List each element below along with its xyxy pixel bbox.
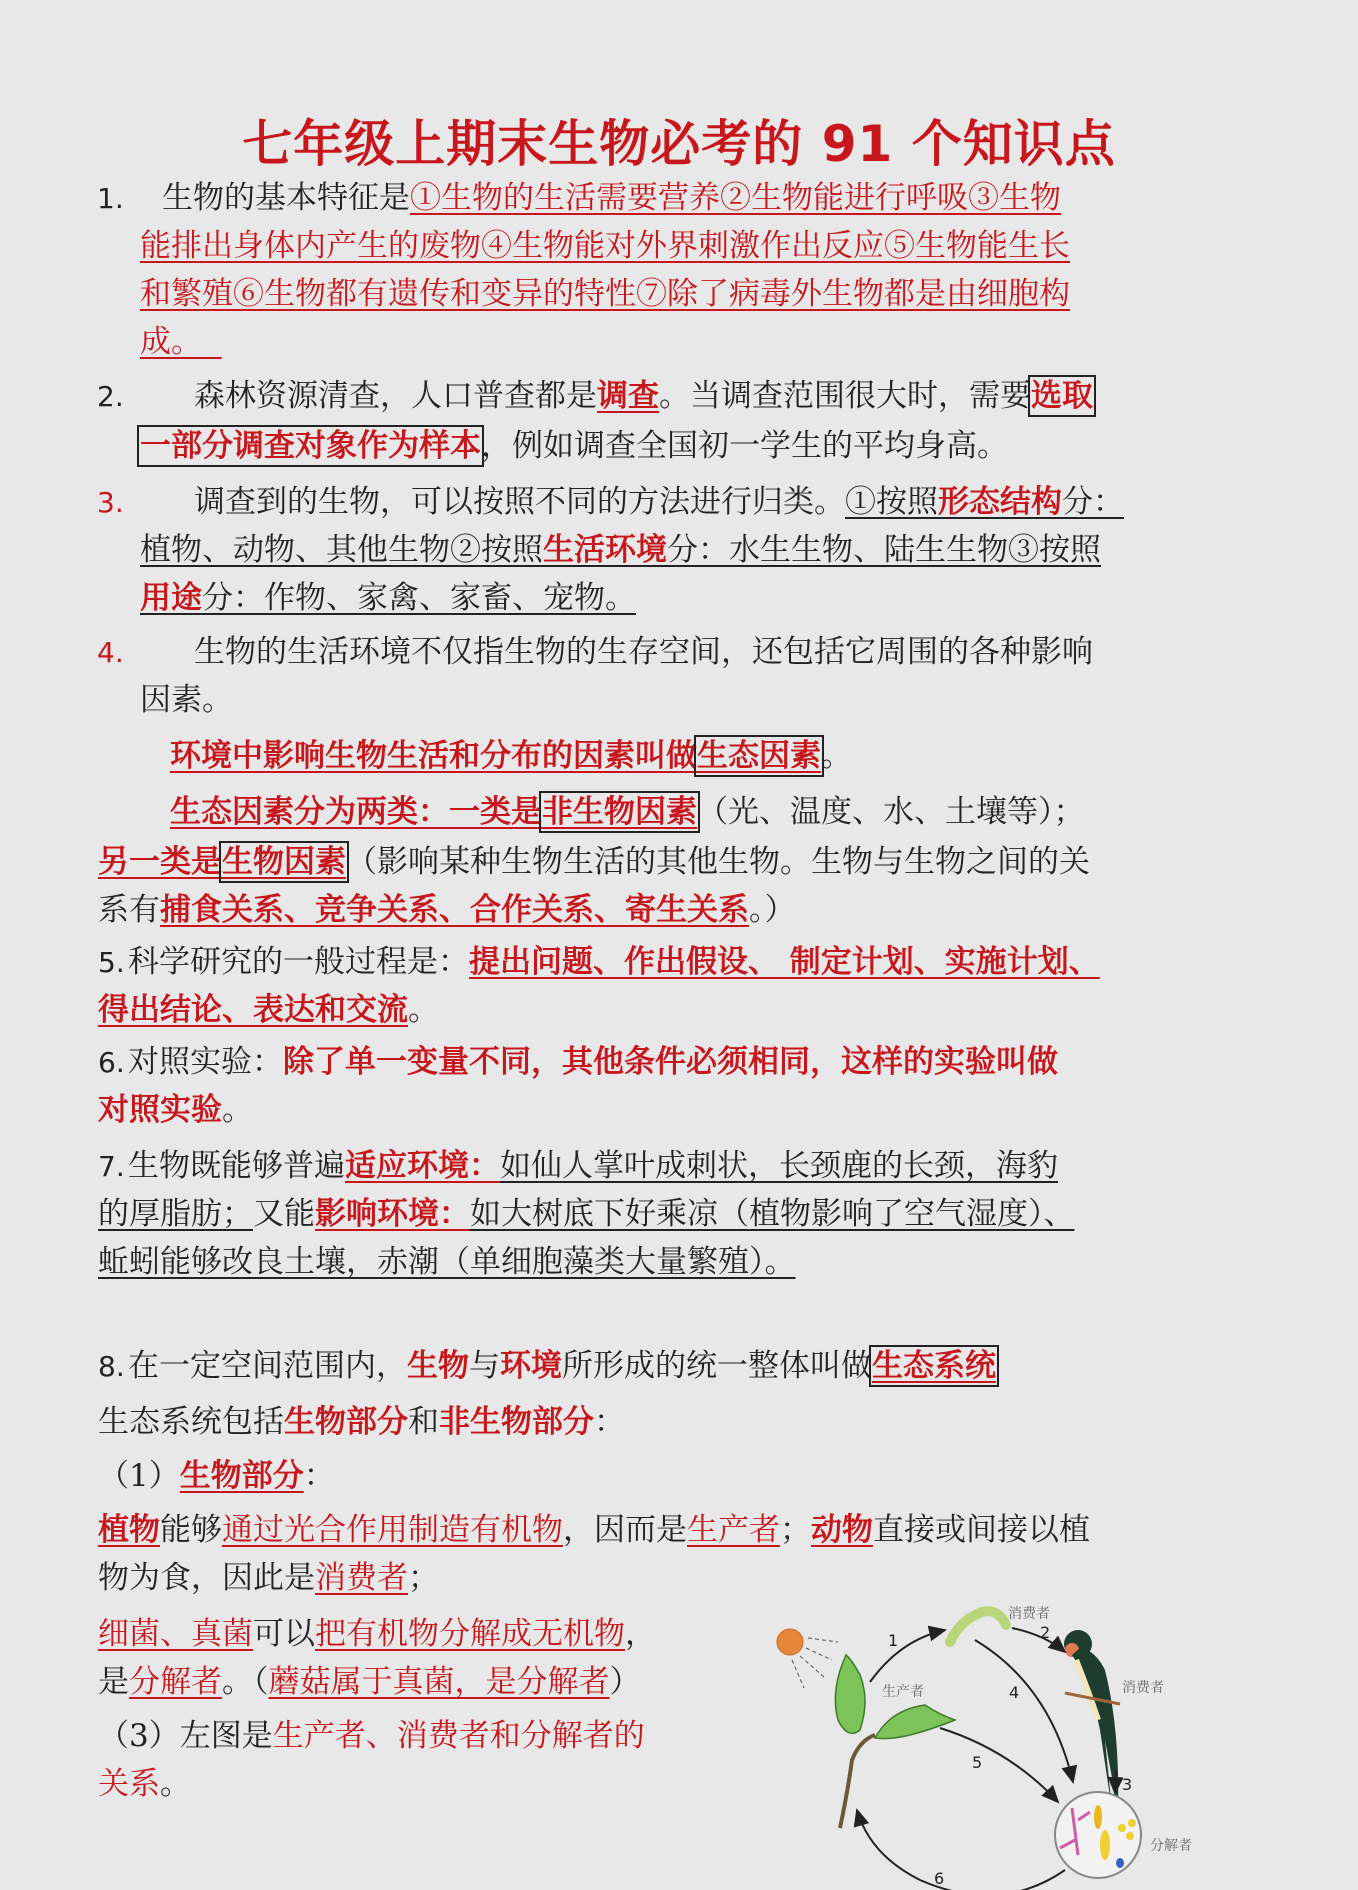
item-number: 4. xyxy=(97,633,194,673)
key-term: 调查 xyxy=(597,378,659,414)
key-term: 形态结构 xyxy=(938,484,1062,520)
text: 物为食，因此是 xyxy=(98,1560,315,1596)
boxed-term: 生态因素 xyxy=(697,738,821,774)
bird-icon xyxy=(1064,1630,1120,1810)
text: 在一定空间范围内， xyxy=(128,1348,407,1384)
item-6-line-2: 对照实验。 xyxy=(98,1090,253,1130)
arrow-label-3: 3 xyxy=(1122,1775,1132,1794)
text: 。 xyxy=(222,1092,253,1128)
text: ； xyxy=(780,1512,811,1548)
key-point: 和繁殖⑥生物都有遗传和变异的特性⑦除了病毒外生物都是由细胞构 xyxy=(140,276,1070,312)
text: 生物的基本特征是 xyxy=(162,180,410,216)
key-point: 能排出身体内产生的废物④生物能对外界刺激作出反应⑤生物能生长 xyxy=(140,228,1070,264)
text: 所形成的统一整体叫做 xyxy=(562,1348,872,1384)
boxed-term: 生态系统 xyxy=(872,1348,996,1384)
text: 生物既能够普遍 xyxy=(128,1148,345,1184)
text: 是 xyxy=(98,1664,129,1700)
key-term: 分解者 xyxy=(129,1664,222,1700)
ecosystem-relationship-diagram: 1 2 3 4 5 6 生产者 消费者 消费者 分解者 xyxy=(760,1580,1220,1890)
text: 因素。 xyxy=(140,682,233,718)
text: 分：水生生物、陆生生物③按照 xyxy=(667,532,1101,568)
text: 的厚脂肪； xyxy=(98,1196,253,1232)
caterpillar-icon xyxy=(950,1611,1006,1642)
key-term: 生活环境 xyxy=(543,532,667,568)
text: 。 xyxy=(821,738,852,774)
item-4-line-6: 系有捕食关系、竞争关系、合作关系、寄生关系。） xyxy=(98,890,796,930)
text: 如仙人掌叶成刺状，长颈鹿的长颈，海豹 xyxy=(500,1148,1058,1184)
boxed-term: 生物因素 xyxy=(222,844,346,880)
key-point: 关系 xyxy=(98,1766,160,1802)
text: 森林资源清查，人口普查都是 xyxy=(194,378,597,414)
item-number: 5. xyxy=(98,943,128,983)
text: ： xyxy=(304,1458,335,1494)
text: ： xyxy=(594,1404,625,1440)
label-consumer-1: 消费者 xyxy=(1008,1605,1050,1622)
key-term: 细菌、真菌 xyxy=(98,1616,253,1652)
item-3-line-3: 用途分：作物、家禽、家畜、宠物。 xyxy=(140,578,636,618)
item-8-line-6: 细菌、真菌可以把有机物分解成无机物， xyxy=(98,1614,656,1654)
key-point: 生态因素分为两类：一类是 xyxy=(170,794,542,830)
item-5-line-2: 得出结论、表达和交流。 xyxy=(98,990,439,1030)
sun-icon xyxy=(777,1629,838,1688)
text: 可以 xyxy=(253,1616,315,1652)
key-point: 通过光合作用制造有机物 xyxy=(222,1512,563,1548)
item-1-line-4: 成。 xyxy=(140,322,222,362)
item-4-line-5: 另一类是生物因素（影响某种生物生活的其他生物。生物与生物之间的关 xyxy=(98,842,1090,882)
key-point: 提出问题、作出假设、 制定计划、实施计划、 xyxy=(469,944,1100,980)
arrow-label-6: 6 xyxy=(934,1869,944,1888)
text: 科学研究的一般过程是： xyxy=(128,944,469,980)
item-1-line-2: 能排出身体内产生的废物④生物能对外界刺激作出反应⑤生物能生长 xyxy=(140,226,1070,266)
key-term: 非生物部分 xyxy=(439,1404,594,1440)
key-term: 生物 xyxy=(407,1348,469,1384)
item-1-line-1: 1.生物的基本特征是①生物的生活需要营养②生物能进行呼吸③生物 xyxy=(97,178,1061,218)
key-point: 捕食关系、竞争关系、合作关系、寄生关系 xyxy=(160,892,749,928)
text: 系有 xyxy=(98,892,160,928)
key-point: 把有机物分解成无机物 xyxy=(315,1616,625,1652)
text: 。当调查范围很大时，需要 xyxy=(659,378,1031,414)
item-number: 3. xyxy=(97,483,194,523)
item-8-line-5: 物为食，因此是消费者； xyxy=(98,1558,439,1598)
item-3-line-2: 植物、动物、其他生物②按照生活环境分：水生生物、陆生生物③按照 xyxy=(140,530,1101,570)
key-point: 另一类是 xyxy=(98,844,222,880)
item-2-line-2: 一部分调查对象作为样本，例如调查全国初一学生的平均身高。 xyxy=(140,426,1008,466)
key-point: 成。 xyxy=(140,324,202,360)
text: 。 xyxy=(408,992,439,1028)
item-3-line-1: 3.调查到的生物，可以按照不同的方法进行归类。①按照形态结构分： xyxy=(97,482,1124,522)
text: 又能 xyxy=(253,1196,315,1232)
key-term: 环境 xyxy=(500,1348,562,1384)
arrow-label-2: 2 xyxy=(1040,1623,1050,1642)
arrow-label-4: 4 xyxy=(1009,1683,1019,1702)
item-7-line-3: 蚯蚓能够改良土壤，赤潮（单细胞藻类大量繁殖）。 xyxy=(98,1242,796,1282)
plant-icon xyxy=(835,1655,955,1828)
item-8-line-1: 8.在一定空间范围内，生物与环境所形成的统一整体叫做生态系统 xyxy=(98,1346,996,1386)
text: ，因而是 xyxy=(563,1512,687,1548)
boxed-term: 选取 xyxy=(1031,378,1093,414)
item-number: 7. xyxy=(98,1147,128,1187)
microbe-icon xyxy=(1055,1792,1141,1878)
boxed-term: 非生物因素 xyxy=(542,794,697,830)
text: ， xyxy=(625,1616,656,1652)
item-number: 8. xyxy=(98,1347,128,1387)
item-4-line-2: 因素。 xyxy=(140,680,233,720)
key-term: 影响环境： xyxy=(315,1196,470,1232)
page-title: 七年级上期末生物必考的 91 个知识点 xyxy=(0,104,1358,176)
text: ； xyxy=(408,1560,439,1596)
item-4-line-4: 生态因素分为两类：一类是非生物因素（光、温度、水、土壤等）； xyxy=(170,792,1085,832)
item-1-line-3: 和繁殖⑥生物都有遗传和变异的特性⑦除了病毒外生物都是由细胞构 xyxy=(140,274,1070,314)
key-term: 对照实验 xyxy=(98,1092,222,1128)
item-7-line-2: 的厚脂肪；又能影响环境：如大树底下好乘凉（植物影响了空气湿度）、 xyxy=(98,1194,1075,1234)
key-term: 生物部分 xyxy=(180,1458,304,1494)
arrow-label-1: 1 xyxy=(888,1631,898,1650)
key-term: 消费者 xyxy=(315,1560,408,1596)
item-number: 6. xyxy=(98,1043,128,1083)
text: 生态系统包括 xyxy=(98,1404,284,1440)
item-4-line-1: 4.生物的生活环境不仅指生物的生存空间，还包括它周围的各种影响 xyxy=(97,632,1093,672)
text: 。（ xyxy=(222,1664,269,1700)
item-2-line-1: 2.森林资源清查，人口普查都是调查。当调查范围很大时，需要选取 xyxy=(97,376,1093,416)
item-8-line-7: 是分解者。（蘑菇属于真菌，是分解者） xyxy=(98,1662,641,1702)
text: 与 xyxy=(469,1348,500,1384)
text: （3）左图是 xyxy=(98,1718,273,1754)
text: 如大树底下好乘凉（植物影响了空气湿度）、 xyxy=(470,1196,1075,1232)
item-8-line-4: 植物能够通过光合作用制造有机物，因而是生产者；动物直接或间接以植 xyxy=(98,1510,1090,1550)
text: （1） xyxy=(98,1458,180,1494)
key-term: 生物部分 xyxy=(284,1404,408,1440)
item-7-line-1: 7.生物既能够普遍适应环境：如仙人掌叶成刺状，长颈鹿的长颈，海豹 xyxy=(98,1146,1058,1186)
item-6-line-1: 6.对照实验：除了单一变量不同，其他条件必须相同，这样的实验叫做 xyxy=(98,1042,1058,1082)
item-8-line-3: （1）生物部分： xyxy=(98,1456,335,1496)
text: 调查到的生物，可以按照不同的方法进行归类。 xyxy=(194,484,845,520)
item-8-line-2: 生态系统包括生物部分和非生物部分： xyxy=(98,1402,625,1442)
key-term: 动物 xyxy=(811,1512,873,1548)
text: 。） xyxy=(749,892,796,928)
item-4-line-3: 环境中影响生物生活和分布的因素叫做生态因素。 xyxy=(170,736,852,776)
text: 。 xyxy=(160,1766,191,1802)
key-point: 得出结论、表达和交流 xyxy=(98,992,408,1028)
text: （影响某种生物生活的其他生物。生物与生物之间的关 xyxy=(346,844,1090,880)
label-consumer-2: 消费者 xyxy=(1122,1679,1164,1696)
text: 能够 xyxy=(160,1512,222,1548)
item-8-line-8: （3）左图是生产者、消费者和分解者的 xyxy=(98,1716,645,1756)
text: 蚯蚓能够改良土壤，赤潮（单细胞藻类大量繁殖）。 xyxy=(98,1244,796,1280)
key-point: 生产者、消费者和分解者的 xyxy=(273,1718,645,1754)
item-number: 2. xyxy=(97,377,194,417)
text: 和 xyxy=(408,1404,439,1440)
text: ①按照 xyxy=(845,484,938,520)
key-term: 适应环境： xyxy=(345,1148,500,1184)
key-point: 环境中影响生物生活和分布的因素叫做 xyxy=(170,738,697,774)
key-point: 蘑菇属于真菌，是分解者 xyxy=(269,1664,610,1700)
key-point: 除了单一变量不同，其他条件必须相同，这样的实验叫做 xyxy=(283,1044,1058,1080)
boxed-term: 一部分调查对象作为样本 xyxy=(140,428,481,464)
text: 分： xyxy=(1062,484,1124,520)
key-term: 植物 xyxy=(98,1512,160,1548)
text: 植物、动物、其他生物②按照 xyxy=(140,532,543,568)
item-8-line-9: 关系。 xyxy=(98,1764,191,1804)
key-point: ①生物的生活需要营养②生物能进行呼吸③生物 xyxy=(410,180,1061,216)
label-producer: 生产者 xyxy=(882,1683,924,1700)
item-5-line-1: 5.科学研究的一般过程是：提出问题、作出假设、 制定计划、实施计划、 xyxy=(98,942,1100,982)
key-term: 生产者 xyxy=(687,1512,780,1548)
text: ） xyxy=(610,1664,641,1700)
arrow-label-5: 5 xyxy=(972,1753,982,1772)
text: 对照实验： xyxy=(128,1044,283,1080)
text: （光、温度、水、土壤等）； xyxy=(697,794,1085,830)
text: 生物的生活环境不仅指生物的生存空间，还包括它周围的各种影响 xyxy=(194,634,1093,670)
text: 直接或间接以植 xyxy=(873,1512,1090,1548)
key-term: 用途 xyxy=(140,580,202,616)
label-decomposer: 分解者 xyxy=(1150,1837,1192,1854)
text: 分：作物、家禽、家畜、宠物。 xyxy=(202,580,636,616)
text: ，例如调查全国初一学生的平均身高。 xyxy=(481,428,1008,464)
item-number: 1. xyxy=(97,179,162,219)
